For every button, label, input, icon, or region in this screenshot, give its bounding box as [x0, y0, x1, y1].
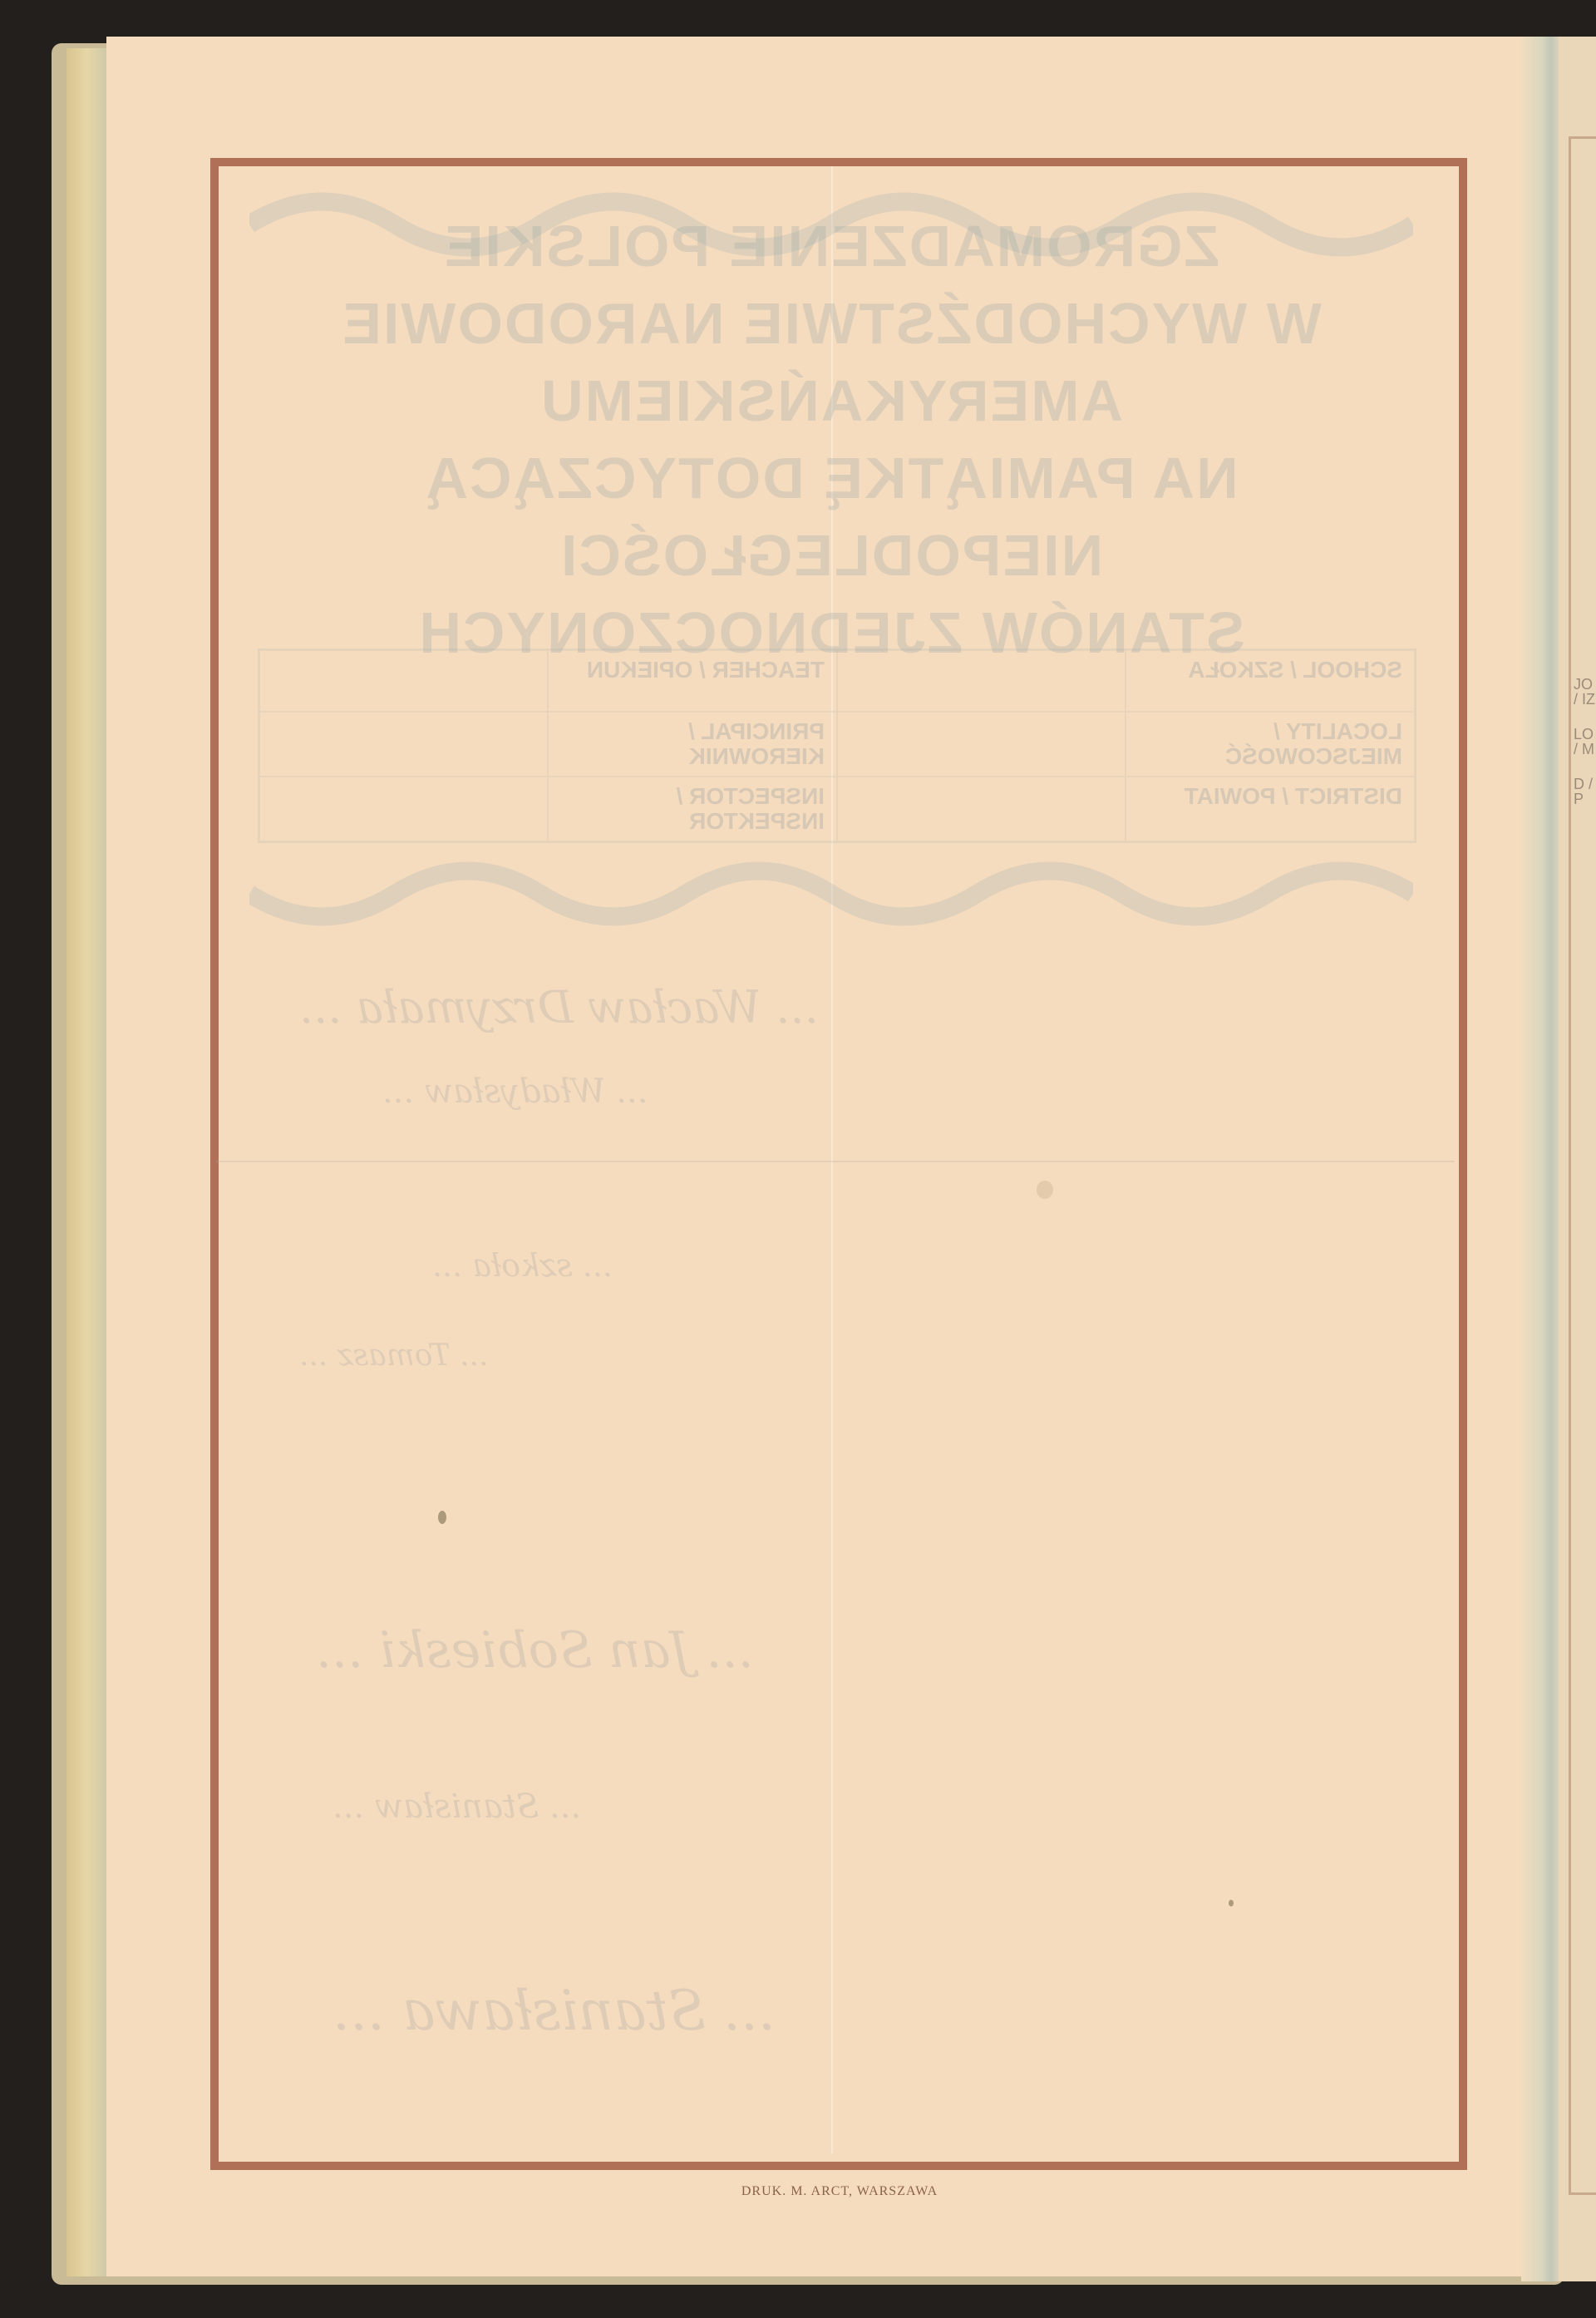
adjacent-label: LO / M [1574, 727, 1596, 757]
adjacent-label: JO / IZ [1574, 677, 1596, 707]
table-cell [259, 777, 549, 841]
printer-imprint: DRUK. M. ARCT, WARSZAWA [715, 2184, 964, 2199]
ghost-title-line: AMERYKAŃSKIEMU [316, 362, 1347, 440]
ghost-handwriting: ... Stanisława ... [332, 1979, 776, 2043]
table-cell: TEACHER / OPIEKUN [549, 650, 838, 712]
ghost-handwriting: ... Tomasz ... [299, 1339, 488, 1373]
ghost-handwriting: ... Wacław Drzymała ... [299, 981, 819, 1033]
ghost-handwriting: ... Władysław ... [382, 1073, 648, 1111]
ghost-title-line: ZGROMADZENIE POLSKIE [316, 208, 1347, 285]
table-cell [837, 777, 1126, 841]
ghost-handwriting: ... szkoła ... [432, 1247, 613, 1284]
table-cell [259, 712, 549, 777]
table-cell: INSPECTOR / INSPEKTOR [549, 777, 838, 841]
adjacent-page: JO / IZ LO / M D / P [1559, 37, 1596, 2281]
table-cell: PRINCIPAL / KIEROWNIK [549, 712, 838, 777]
horizontal-fold-line [216, 1161, 1455, 1162]
wave-ornament-bottom [249, 856, 1413, 931]
ghost-title-line: NIEPODLEGŁOŚCI [316, 517, 1347, 594]
stain-spot [1229, 1900, 1234, 1906]
table-cell: SCHOOL / SZKOŁA [1126, 650, 1416, 712]
show-through-table: SCHOOL / SZKOŁA TEACHER / OPIEKUN LOCALI… [258, 649, 1416, 843]
adjacent-page-frame [1569, 136, 1596, 2195]
book-gutter [1521, 37, 1559, 2281]
ghost-handwriting: ... Jan Sobieski ... [316, 1621, 754, 1679]
adjacent-label: D / P [1574, 777, 1596, 806]
table-cell [837, 650, 1126, 712]
table-cell: LOCALITY / MIEJSCOWOŚĆ [1126, 712, 1416, 777]
ghost-title-line: W WYCHODŹSTWIE NARODOWIE [316, 285, 1347, 362]
table-cell [259, 650, 549, 712]
table-cell: DISTRICT / POWIAT [1126, 777, 1416, 841]
show-through-title: ZGROMADZENIE POLSKIE W WYCHODŹSTWIE NARO… [316, 208, 1347, 672]
stain-spot [438, 1511, 446, 1524]
table-cell [837, 712, 1126, 777]
stain-spot [1037, 1181, 1053, 1199]
ghost-handwriting: ... Stanisław ... [332, 1788, 581, 1826]
ghost-title-line: NA PAMIĄTKĘ DOTYCZĄCĄ [316, 440, 1347, 517]
